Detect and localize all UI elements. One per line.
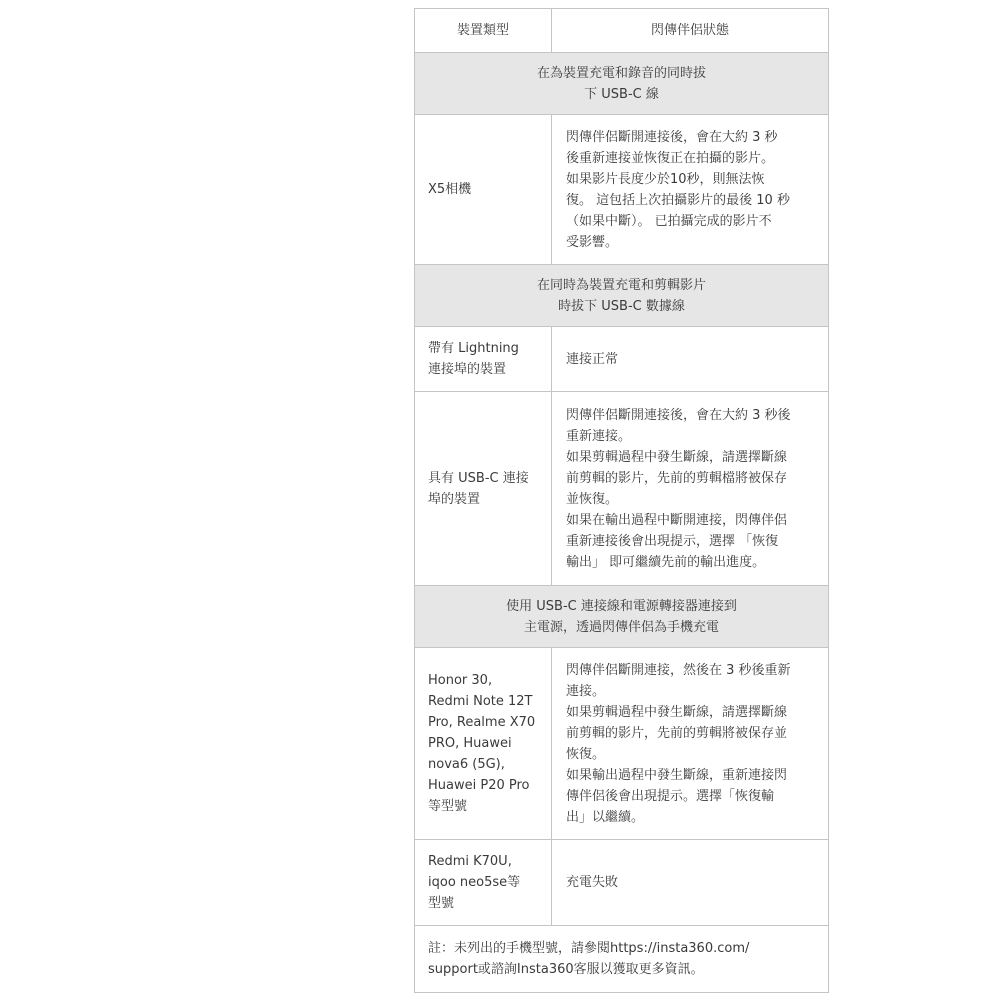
compatibility-table: 裝置類型 閃傳伴侶狀態 在為裝置充電和錄音的同時拔 下 USB-C 線 X5相機… <box>414 8 829 993</box>
status-cell: 閃傳伴侶斷開連接，然後在 3 秒後重新 連接。 如果剪輯過程中發生斷線，請選擇斷… <box>552 648 828 839</box>
header-status: 閃傳伴侶狀態 <box>552 9 828 52</box>
header-device-type: 裝置類型 <box>415 9 552 52</box>
section-heading: 在為裝置充電和錄音的同時拔 下 USB-C 線 <box>415 53 828 115</box>
status-cell: 充電失敗 <box>552 840 828 925</box>
device-cell: Redmi K70U, iqoo neo5se等 型號 <box>415 840 552 925</box>
table-row: Honor 30, Redmi Note 12T Pro, Realme X70… <box>415 648 828 840</box>
device-cell: Honor 30, Redmi Note 12T Pro, Realme X70… <box>415 648 552 839</box>
table-row: 帶有 Lightning 連接埠的裝置 連接正常 <box>415 327 828 392</box>
status-cell: 閃傳伴侶斷開連接後，會在大約 3 秒後 重新連接。 如果剪輯過程中發生斷線，請選… <box>552 392 828 585</box>
footnote: 註：未列出的手機型號，請參閱https://insta360.com/ supp… <box>415 926 828 992</box>
status-cell: 閃傳伴侶斷開連接後，會在大約 3 秒 後重新連接並恢復正在拍攝的影片。 如果影片… <box>552 115 828 264</box>
table-row: 具有 USB-C 連接 埠的裝置 閃傳伴侶斷開連接後，會在大約 3 秒後 重新連… <box>415 392 828 586</box>
device-cell: X5相機 <box>415 115 552 264</box>
table-row: X5相機 閃傳伴侶斷開連接後，會在大約 3 秒 後重新連接並恢復正在拍攝的影片。… <box>415 115 828 265</box>
status-cell: 連接正常 <box>552 327 828 391</box>
device-cell: 帶有 Lightning 連接埠的裝置 <box>415 327 552 391</box>
section-heading: 使用 USB-C 連接線和電源轉接器連接到 主電源，透過閃傳伴侶為手機充電 <box>415 586 828 648</box>
device-cell: 具有 USB-C 連接 埠的裝置 <box>415 392 552 585</box>
table-header-row: 裝置類型 閃傳伴侶狀態 <box>415 9 828 53</box>
section-heading: 在同時為裝置充電和剪輯影片 時拔下 USB-C 數據線 <box>415 265 828 327</box>
table-row: Redmi K70U, iqoo neo5se等 型號 充電失敗 <box>415 840 828 926</box>
